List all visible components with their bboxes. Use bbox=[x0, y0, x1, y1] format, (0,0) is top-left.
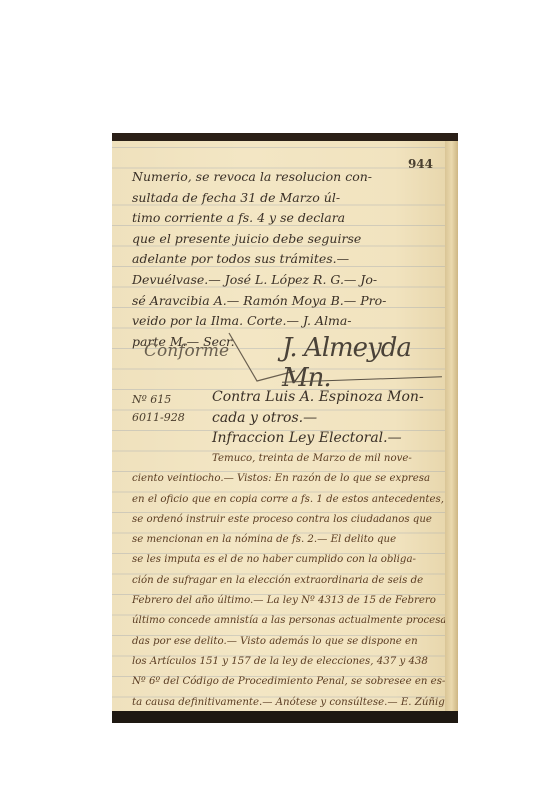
folio-number: 944 bbox=[408, 157, 433, 171]
title-line: Contra Luis A. Espinoza Mon- bbox=[212, 387, 424, 408]
text-line: en el oficio que en copia corre a fs. 1 … bbox=[132, 490, 445, 510]
text-line: Temuco, treinta de Marzo de mil nove- bbox=[132, 449, 445, 469]
case-number-line: 6011-928 bbox=[132, 409, 185, 427]
first-entry-text: Numerio, se revoca la resolucion con- su… bbox=[132, 167, 386, 352]
title-line: Infraccion Ley Electoral.— bbox=[212, 428, 424, 449]
conforme-label: Conforme bbox=[144, 341, 229, 361]
case-number: Nº 615 6011-928 bbox=[132, 391, 185, 427]
case-number-line: Nº 615 bbox=[132, 391, 185, 409]
text-line: sultada de fecha 31 de Marzo úl- bbox=[132, 188, 386, 209]
text-line: das por ese delito.— Visto además lo que… bbox=[132, 632, 445, 652]
signature-block: Conforme J. Almeyda Mn. bbox=[132, 331, 442, 391]
text-line: veido por la Ilma. Corte.— J. Alma- bbox=[132, 311, 386, 332]
case-title: Contra Luis A. Espinoza Mon- cada y otro… bbox=[212, 387, 424, 449]
text-line: ción de sufragar en la elección extraord… bbox=[132, 571, 445, 591]
text-line: Febrero del año último.— La ley Nº 4313 … bbox=[132, 591, 445, 611]
text-line: se mencionan en la nómina de fs. 2.— El … bbox=[132, 530, 445, 550]
text-line: se ordenó instruir este proceso contra l… bbox=[132, 510, 445, 530]
text-line: ciento veintiocho.— Vistos: En razón de … bbox=[132, 469, 445, 489]
text-line: que el presente juicio debe seguirse bbox=[132, 229, 386, 250]
text-line: timo corriente a fs. 4 y se declara bbox=[132, 208, 386, 229]
page-edge bbox=[445, 141, 458, 711]
text-line: adelante por todos sus trámites.— bbox=[132, 249, 386, 270]
title-line: cada y otros.— bbox=[212, 408, 424, 429]
scanned-document: 944 Numerio, se revoca la resolucion con… bbox=[112, 133, 458, 723]
text-line: Nº 6º del Código de Procedimiento Penal,… bbox=[132, 672, 445, 692]
text-line: Numerio, se revoca la resolucion con- bbox=[132, 167, 386, 188]
text-line: ta causa definitivamente.— Anótese y con… bbox=[132, 693, 445, 711]
signature: J. Almeyda Mn. bbox=[282, 333, 442, 393]
binding-shadow bbox=[112, 711, 458, 723]
text-line: se les imputa es el de no haber cumplido… bbox=[132, 550, 445, 570]
ledger-page: 944 Numerio, se revoca la resolucion con… bbox=[112, 141, 445, 711]
text-line: los Artículos 151 y 157 de la ley de ele… bbox=[132, 652, 445, 672]
text-line: Devuélvase.— José L. López R. G.— Jo- bbox=[132, 270, 386, 291]
text-line: sé Aravcibia A.— Ramón Moya B.— Pro- bbox=[132, 291, 386, 312]
second-entry-body: Temuco, treinta de Marzo de mil nove- ci… bbox=[132, 449, 445, 711]
text-line: último concede amnistía a las personas a… bbox=[132, 611, 445, 631]
